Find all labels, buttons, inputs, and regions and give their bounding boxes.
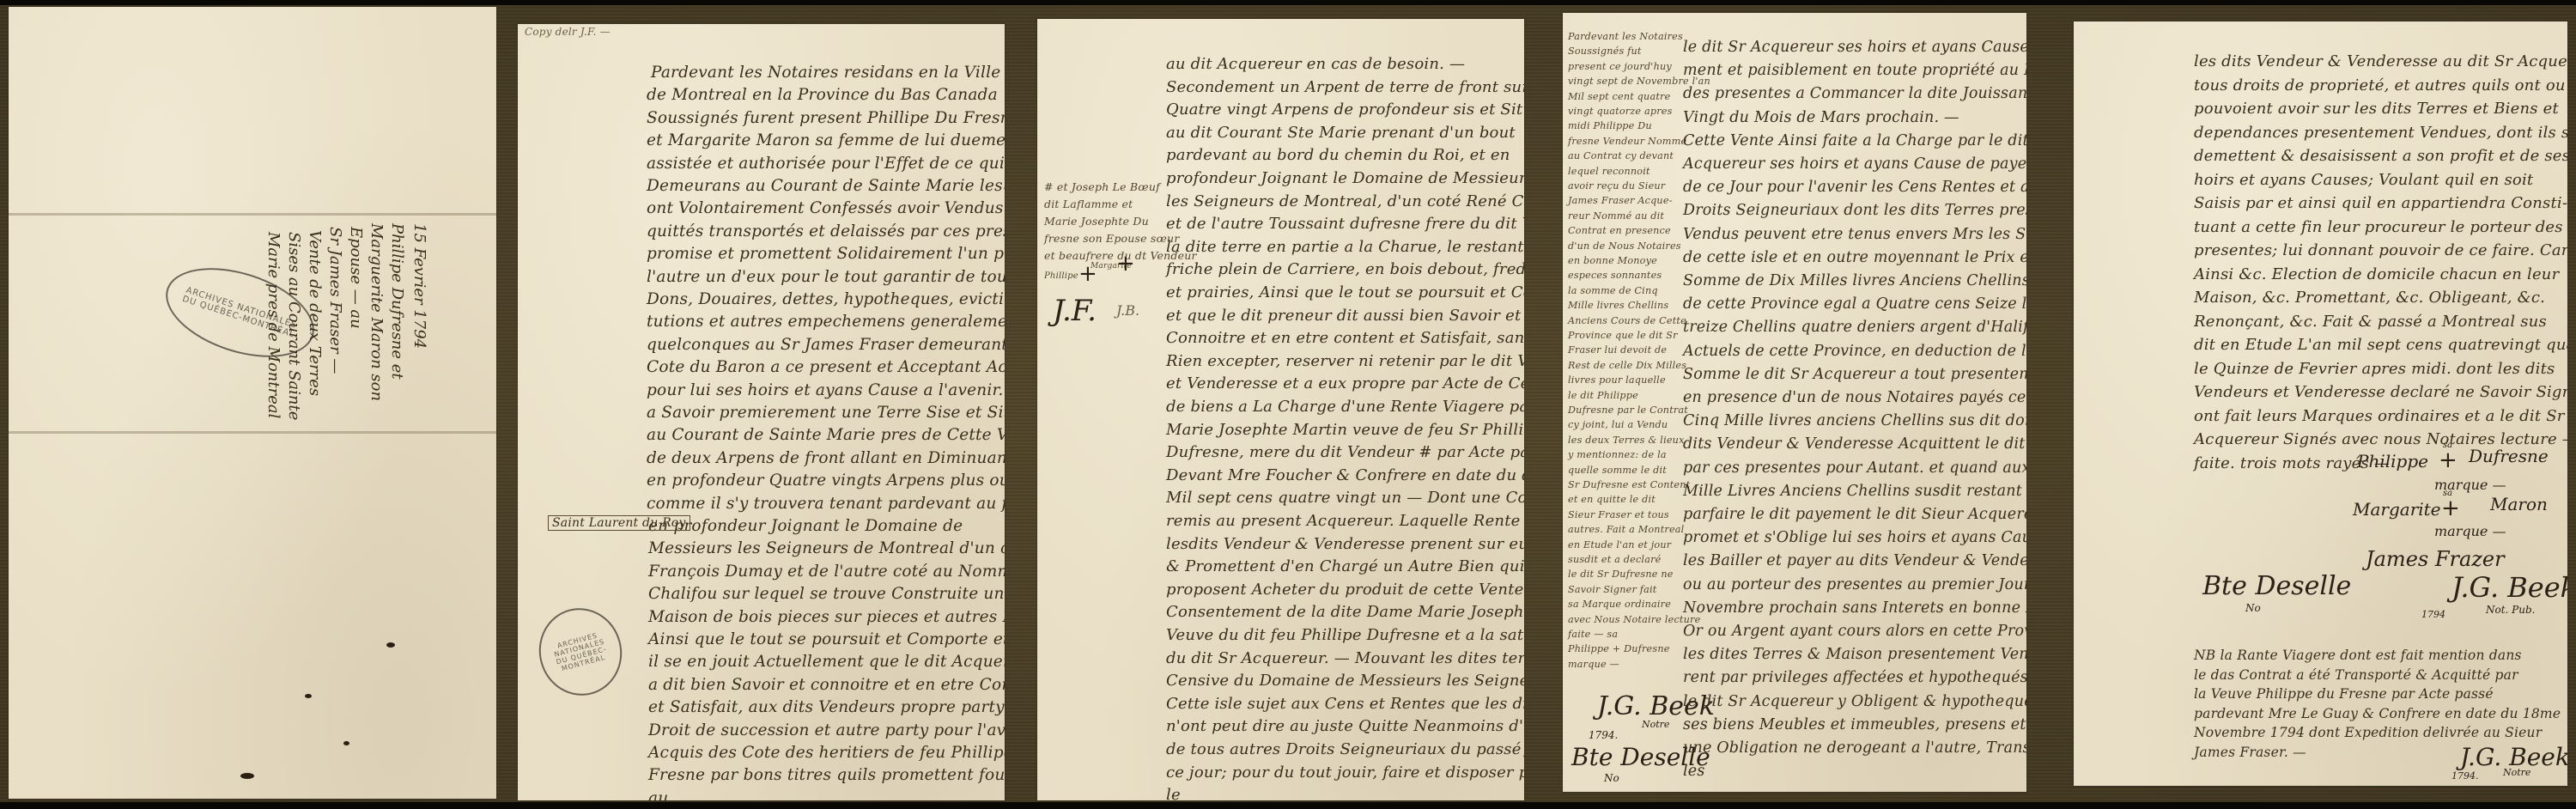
margin-note-line: quelle somme le dit [1568, 464, 1667, 478]
margin-note-line: avec Nous Notaire lecture [1568, 613, 1700, 628]
margin-note-line: y mentionnez: de la [1568, 448, 1667, 463]
nb-note-line: James Fraser. — [2194, 737, 2306, 769]
paraphe: J.B. [1116, 302, 1139, 319]
margin-note-line: en Etude l'an et jour [1568, 538, 1671, 553]
margin-note-line: # et Joseph Le Bœuf [1044, 180, 1160, 195]
margin-note-line: le dit Philippe [1568, 389, 1638, 404]
margin-note-line: faite — sa [1568, 628, 1618, 642]
ink-blot [305, 694, 312, 698]
margin-note-line: les deux Terres & lieux [1568, 434, 1685, 448]
deed-text-line: au [648, 782, 668, 800]
margin-note-line: susdit et a declaré [1568, 553, 1661, 568]
margin-note-line: Soussignés fut [1568, 45, 1642, 59]
deed-text-line: ce jour; pour du tout jouir, faire et di… [1166, 757, 1524, 788]
ink-blot [240, 773, 254, 779]
mark-last-name: Dufresne [2469, 446, 2549, 466]
cross-mark: + [2441, 496, 2460, 521]
notary-title: No [2245, 602, 2261, 614]
margin-note-line: Sr Dufresne est Content [1568, 478, 1690, 493]
notary-year: 1794. [1589, 729, 1618, 741]
margin-note-line: marque — [1568, 658, 1619, 672]
buyer-signature: James Frazer [2366, 547, 2505, 571]
notary-signature-deselle: Bte Deselle [2202, 571, 2351, 601]
margin-note-line: especes sonnantes [1568, 269, 1662, 283]
margin-note-line: sa Marque ordinaire [1568, 598, 1671, 612]
margin-note-line: la somme de Cinq [1568, 284, 1658, 299]
notary-title: Notre [1642, 719, 1669, 730]
mark-name-phillipe: Phillipe [1044, 270, 1078, 284]
margin-note-line: fresne son Epouse sœur [1044, 232, 1180, 246]
margin-note-line: Sieur Fraser et tous [1568, 508, 1669, 523]
margin-note-line: Dufresne par le Contrat [1568, 404, 1688, 418]
margin-note-line: Fraser lui devoit de [1568, 344, 1667, 358]
fold-line [9, 431, 496, 434]
margin-note-saint-laurent: Saint Laurent du Roy [548, 515, 690, 531]
endorsement-line: Marie pres de Montreal [263, 232, 283, 418]
margin-note-line: Province que le dit Sr [1568, 329, 1678, 344]
notary-title: No [1604, 772, 1619, 784]
margin-note-line: avoir reçu du Sieur [1568, 179, 1665, 194]
mark-first-name: Margarite [2353, 499, 2441, 520]
margin-note-line: dit Laflamme et [1044, 198, 1133, 212]
margin-note-line: midi Philippe Du [1568, 119, 1652, 134]
margin-note-line: reur Nommé au dit [1568, 210, 1664, 224]
initials-paraphe: J.F. [1053, 294, 1097, 328]
notary-signature-beek: J.G. Beek [2451, 571, 2567, 604]
margin-note-line: Marie Josephte Du [1044, 215, 1149, 229]
nb-notary-title: Notre [2503, 767, 2530, 778]
margin-note-line: Anciens Cours de Cette [1568, 314, 1686, 329]
mark-last-name: Maron [2490, 494, 2548, 514]
margin-note-line: Pardevant les Notaires [1568, 30, 1683, 45]
margin-note-line: lequel reconnoit [1568, 165, 1650, 179]
margin-note-line: en bonne Monoye [1568, 254, 1657, 269]
page-3: Pardevant les NotairesSoussignés futpres… [1563, 13, 2026, 792]
notary-signature-deselle: Bte Deselle [1571, 743, 1710, 771]
cross-mark: + [2439, 447, 2458, 473]
mark-label: marque — [2434, 523, 2506, 539]
margin-note-line: Rest de celle Dix Milles [1568, 359, 1686, 374]
scan-bottom-edge [0, 802, 2576, 809]
endorsement-line: Sises au Courant Sainte [283, 232, 304, 420]
ink-blot [386, 642, 395, 648]
margin-note-line: et en quitte le dit [1568, 493, 1656, 508]
endorsement-line: Vente de deux Terres [304, 230, 325, 396]
cross-mark: + [1116, 251, 1135, 277]
nb-notary-year: 1794. [2451, 770, 2479, 782]
margin-note-line: au Contrat cy devant [1568, 149, 1674, 164]
scan-top-edge [0, 0, 2576, 5]
mark-first-name: Philippe [2357, 451, 2428, 471]
margin-note-line: autres. Fait a Montreal [1568, 523, 1684, 538]
margin-note-line: James Fraser Acque- [1568, 194, 1673, 209]
margin-note-line: Contrat en presence [1568, 224, 1671, 239]
margin-note-line: Mil sept cent quatre [1568, 90, 1670, 105]
ink-blot [343, 741, 349, 745]
margin-note-line: Savoir Signer fait [1568, 583, 1657, 598]
notary-year: 1794 [2421, 609, 2445, 620]
page-2: au dit Acquereur en cas de besoin. —Seco… [1037, 19, 1524, 800]
margin-note-line: Mille livres Chellins [1568, 299, 1668, 313]
cross-mark: + [1078, 261, 1097, 287]
endorsement-line: Marguerite Maron son [366, 223, 386, 401]
page-endorsement: ARCHIVES NATIONALES DU QUÉBEC-MONTRÉAL 1… [9, 7, 496, 799]
deed-text-line: le [1166, 779, 1181, 800]
page-1: Copy delr J.F. — Pardevant les Notaires … [518, 24, 1005, 800]
deed-text-line: Fresne par bons titres quils promettent … [648, 759, 1005, 791]
margin-note-line: vingt quatorze apres [1568, 105, 1673, 119]
notary-title: Not. Pub. [2486, 604, 2535, 616]
endorsement-line: 15 Fevrier 1794 [409, 223, 429, 349]
margin-note-line: le dit Sr Dufresne ne [1568, 568, 1674, 582]
margin-note-line: livres pour laquelle [1568, 374, 1666, 388]
corner-note: Copy delr J.F. — [525, 26, 611, 38]
margin-note-line: present ce jourd'huy [1568, 60, 1672, 75]
endorsement-line: Phillipe Dufresne et [386, 223, 407, 380]
notary-signature-beek: J.G. Beek [1597, 691, 1715, 721]
fold-line [9, 213, 496, 216]
endorsement-line: Epouse — au [345, 227, 366, 329]
deed-text-line: une Obligation ne derogeant a l'autre, T… [1683, 733, 2026, 764]
margin-note-line: fresne Vendeur Nommé [1568, 135, 1686, 149]
margin-note-line: Philippe + Dufresne [1568, 642, 1670, 657]
margin-note-line: d'un de Nous Notaires [1568, 240, 1681, 254]
archives-stamp: ARCHIVES NATIONALES DU QUÉBEC-MONTRÉAL [529, 599, 631, 704]
margin-note-line: cy joint, lui a Vendu [1568, 418, 1668, 433]
endorsement-line: Sr James Fraser — [325, 227, 345, 374]
page-4: les dits Vendeur & Venderesse au dit Sr … [2074, 21, 2567, 786]
